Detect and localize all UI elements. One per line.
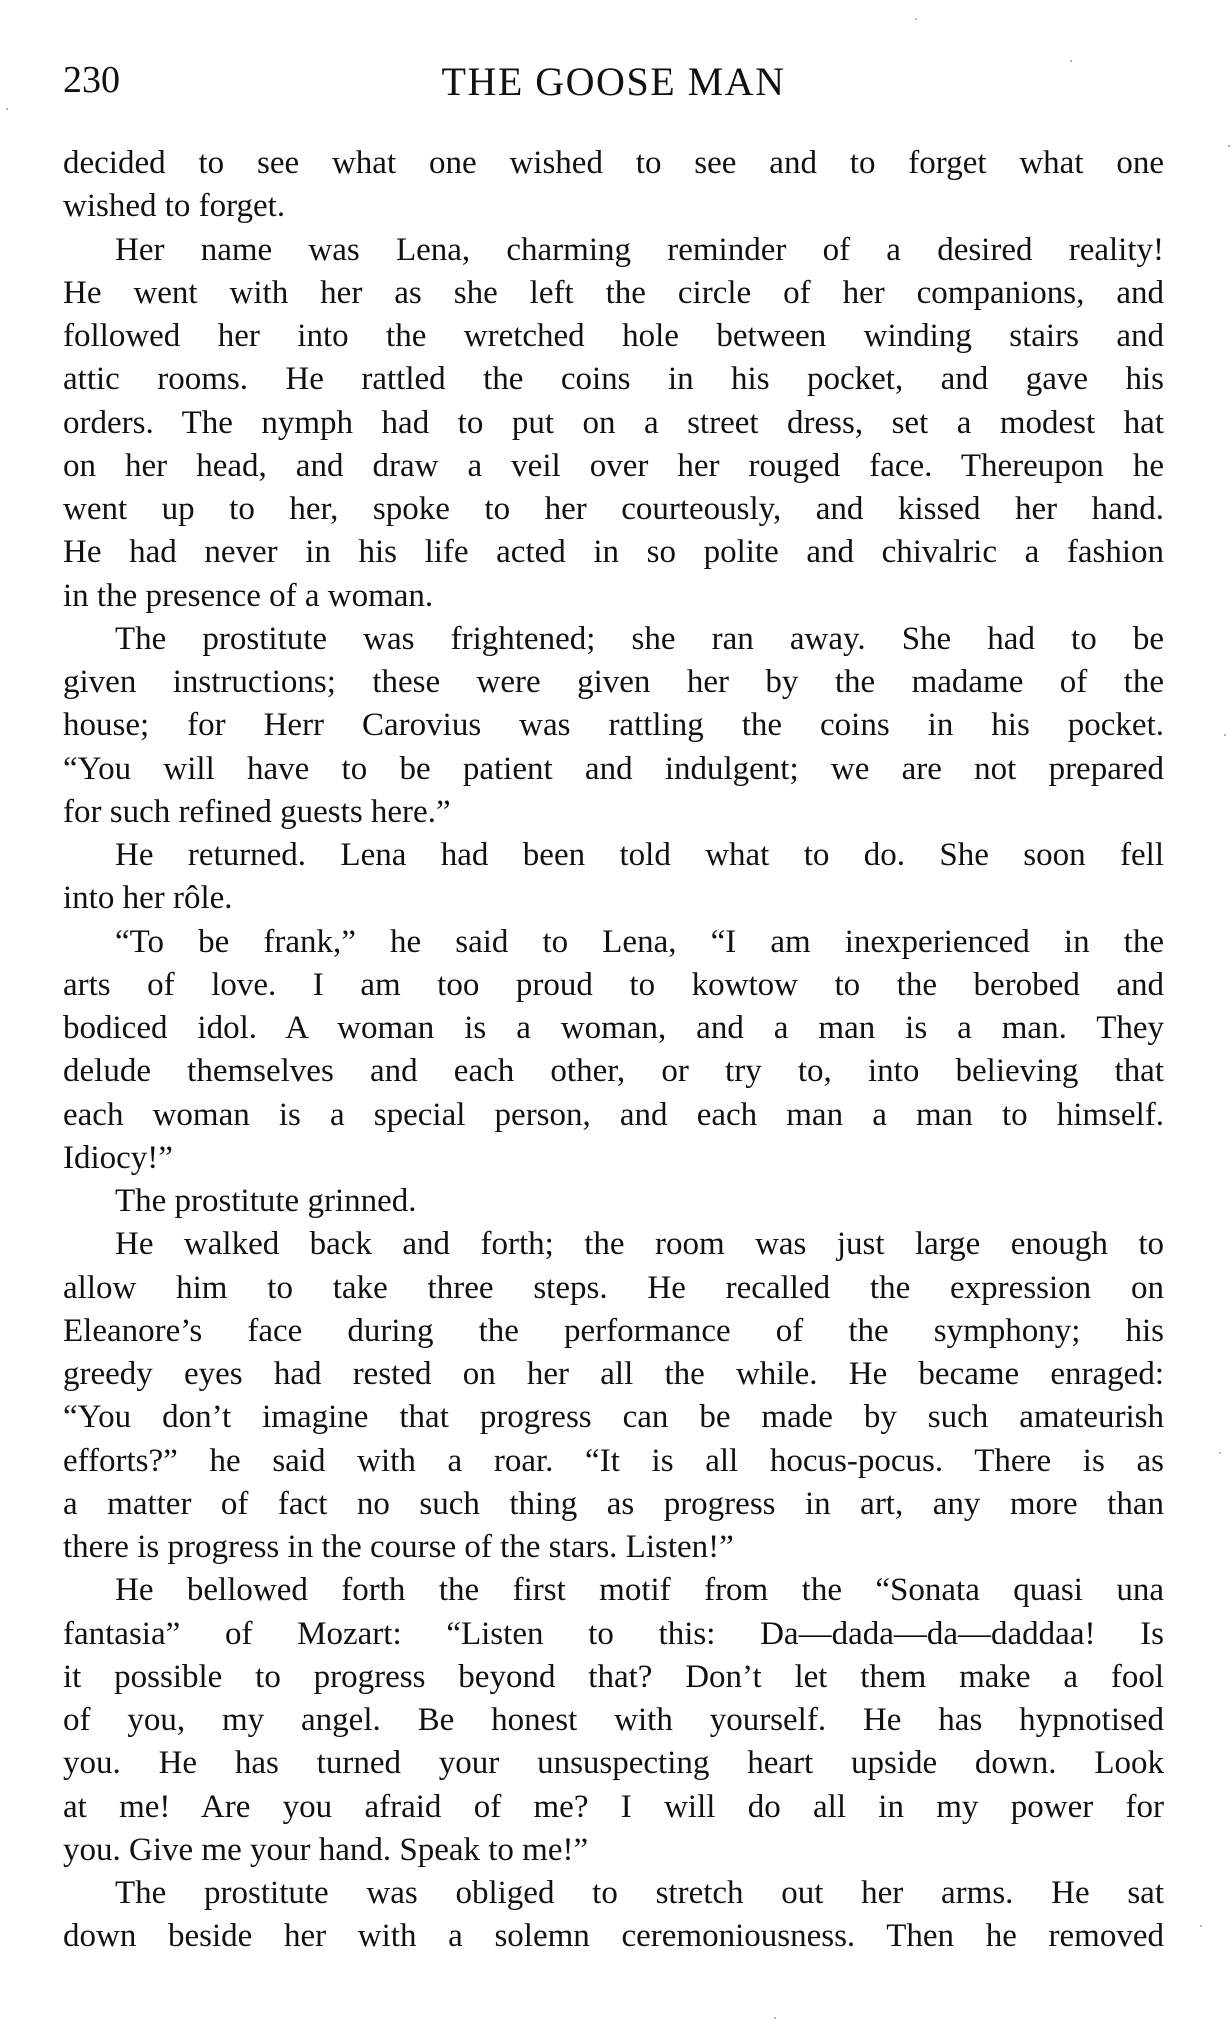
text-line: it possible to progress beyond that? Don… — [63, 1656, 1164, 1699]
text-line: into her rôle. — [63, 877, 1164, 920]
text-line: “You don’t imagine that progress can be … — [63, 1396, 1164, 1439]
text-line: He returned. Lena had been told what to … — [63, 834, 1164, 877]
text-line: house; for Herr Carovius was rattling th… — [63, 704, 1164, 747]
text-line: greedy eyes had rested on her all the wh… — [63, 1353, 1164, 1396]
text-line: He went with her as she left the circle … — [63, 272, 1164, 315]
text-line: a matter of fact no such thing as progre… — [63, 1483, 1164, 1526]
text-line: delude themselves and each other, or try… — [63, 1050, 1164, 1093]
text-line: Eleanore’s face during the performance o… — [63, 1310, 1164, 1353]
text-line: on her head, and draw a veil over her ro… — [63, 445, 1164, 488]
scan-speck — [540, 1938, 542, 1940]
text-line: of you, my angel. Be honest with yoursel… — [63, 1699, 1164, 1742]
scan-speck — [1224, 734, 1226, 736]
text-line: given instructions; these were given her… — [63, 661, 1164, 704]
text-line: He walked back and forth; the room was j… — [63, 1223, 1164, 1266]
text-line: The prostitute was frightened; she ran a… — [63, 618, 1164, 661]
text-line: “To be frank,” he said to Lena, “I am in… — [63, 921, 1164, 964]
text-line: went up to her, spoke to her courteously… — [63, 488, 1164, 531]
text-line: He bellowed forth the first motif from t… — [63, 1569, 1164, 1612]
text-line: there is progress in the course of the s… — [63, 1526, 1164, 1569]
text-line: The prostitute was obliged to stretch ou… — [63, 1872, 1164, 1915]
text-line: orders. The nymph had to put on a street… — [63, 402, 1164, 445]
scan-speck — [1070, 60, 1072, 62]
text-line: efforts?” he said with a roar. “It is al… — [63, 1440, 1164, 1483]
text-line: “You will have to be patient and indulge… — [63, 748, 1164, 791]
text-line: for such refined guests here.” — [63, 791, 1164, 834]
scan-speck — [915, 18, 917, 20]
text-line: down beside her with a solemn ceremoniou… — [63, 1915, 1164, 1958]
text-line: followed her into the wretched hole betw… — [63, 315, 1164, 358]
text-line: wished to forget. — [63, 185, 1164, 228]
text-line: bodiced idol. A woman is a woman, and a … — [63, 1007, 1164, 1050]
text-line: decided to see what one wished to see an… — [63, 142, 1164, 185]
page-header: 230 THE GOOSE MAN — [63, 58, 1164, 108]
text-line: at me! Are you afraid of me? I will do a… — [63, 1786, 1164, 1829]
text-line: Her name was Lena, charming reminder of … — [63, 229, 1164, 272]
scan-speck — [1228, 145, 1230, 147]
text-line: attic rooms. He rattled the coins in his… — [63, 358, 1164, 401]
text-line: you. He has turned your unsuspecting hea… — [63, 1742, 1164, 1785]
scan-speck — [1200, 1925, 1202, 1927]
text-line: each woman is a special person, and each… — [63, 1094, 1164, 1137]
text-line: in the presence of a woman. — [63, 575, 1164, 618]
text-line: arts of love. I am too proud to kowtow t… — [63, 964, 1164, 1007]
text-line: Idiocy!” — [63, 1137, 1164, 1180]
text-line: you. Give me your hand. Speak to me!” — [63, 1829, 1164, 1872]
text-line: He had never in his life acted in so pol… — [63, 531, 1164, 574]
scan-speck — [1219, 1452, 1221, 1454]
scan-speck — [774, 2017, 776, 2019]
body-text: decided to see what one wished to see an… — [63, 142, 1164, 1959]
text-line: fantasia” of Mozart: “Listen to this: Da… — [63, 1613, 1164, 1656]
running-title: THE GOOSE MAN — [63, 58, 1164, 105]
text-line: allow him to take three steps. He recall… — [63, 1267, 1164, 1310]
scan-speck — [6, 108, 8, 110]
text-line: The prostitute grinned. — [63, 1180, 1164, 1223]
